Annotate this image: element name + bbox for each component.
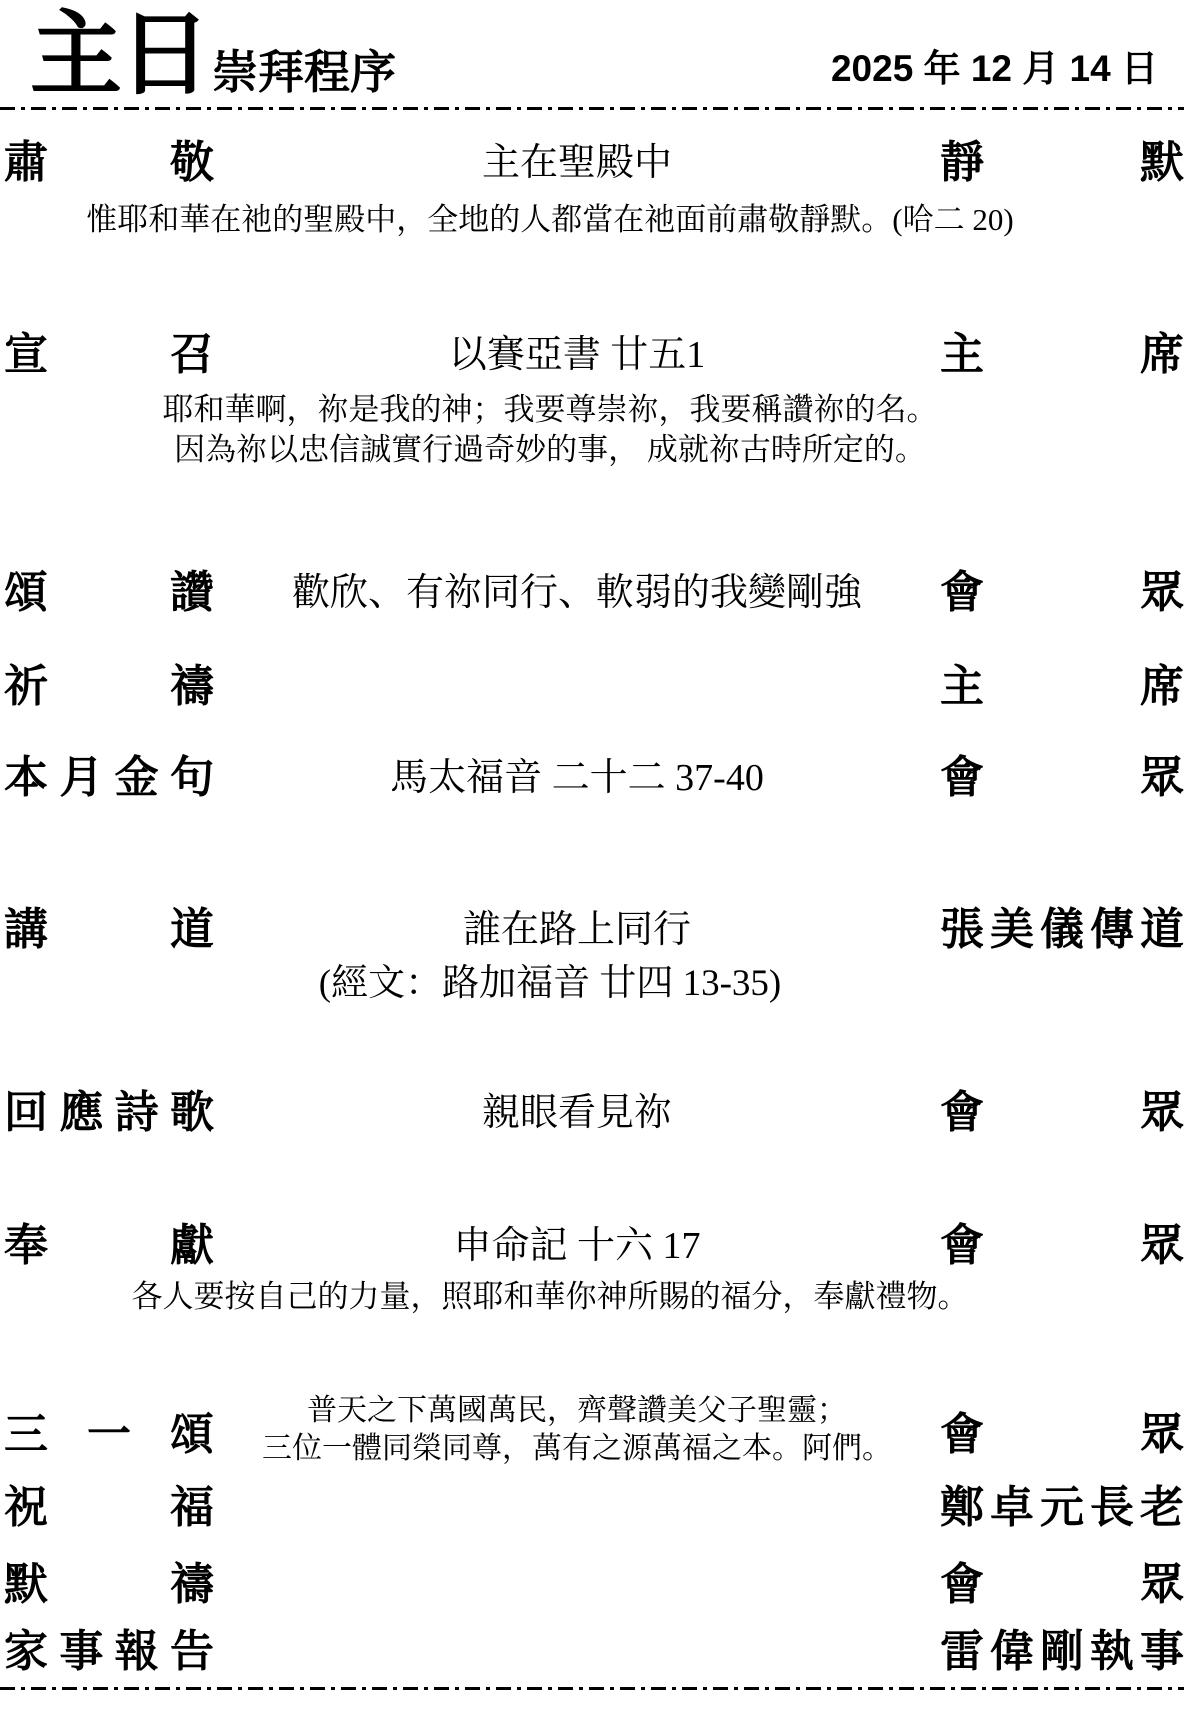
- program-row: 肅敬 主在聖殿中 靜默: [4, 130, 1184, 186]
- program-item-label: 肅敬: [4, 126, 214, 190]
- program-row: 三一頌 普天之下萬國萬民，齊聲讚美父子聖靈； 三位一體同榮同尊，萬有之源萬福之本…: [4, 1388, 1184, 1472]
- program-item-content: 誰在路上同行: [214, 898, 940, 953]
- program-row: 奉獻 申命記 十六 17 會眾: [4, 1213, 1184, 1269]
- program-item-assignee: 靜默: [940, 126, 1184, 190]
- program-item-assignee: 張美儀傳道: [940, 893, 1184, 957]
- worship-order-page: 主日 崇拜程序 2025 年 12 月 14 日 肅敬 主在聖殿中 靜默 惟耶和…: [0, 0, 1184, 1714]
- program-item-assignee: 會眾: [940, 1076, 1184, 1140]
- program-item-label: 祝福: [4, 1471, 214, 1535]
- program-item-assignee: 會眾: [940, 1548, 1184, 1612]
- program-item-label: 頌讚: [4, 556, 214, 620]
- program-row: 祝福 鄭卓元長老: [4, 1475, 1184, 1531]
- program-item-content: 申命記 十六 17: [214, 1214, 940, 1269]
- program-row: 家事報告 雷偉剛執事: [4, 1619, 1184, 1675]
- program-item-assignee: 主席: [940, 650, 1184, 714]
- divider-bottom: [0, 1687, 1184, 1690]
- program-row: 祈禱 主席: [4, 654, 1184, 710]
- program-item-label: 家事報告: [4, 1615, 214, 1679]
- program-item-label: 本月金句: [4, 741, 214, 805]
- scripture-line: 因為祢以忠信誠實行過奇妙的事， 成就祢古時所定的。: [0, 430, 1100, 470]
- doxology-line: 普天之下萬國萬民，齊聲讚美父子聖靈；: [214, 1392, 940, 1430]
- doxology-line: 三位一體同榮同尊，萬有之源萬福之本。阿們。: [214, 1430, 940, 1468]
- scripture-note: 耶和華啊，祢是我的神；我要尊崇祢，我要稱讚祢的名。 因為祢以忠信誠實行過奇妙的事…: [0, 390, 1100, 470]
- scripture-note: 惟耶和華在祂的聖殿中，全地的人都當在祂面前肅敬靜默。(哈二 20): [0, 200, 1100, 240]
- program-item-assignee: 會眾: [940, 1398, 1184, 1462]
- program-row: 宣召 以賽亞書 廿五1 主席: [4, 322, 1184, 378]
- program-row: 回應詩歌 親眼看見祢 會眾: [4, 1080, 1184, 1136]
- program-item-content: 歡欣、有祢同行、軟弱的我變剛強: [214, 561, 940, 616]
- program-row: 默禱 會眾: [4, 1552, 1184, 1608]
- scripture-note: 各人要按自己的力量，照耶和華你神所賜的福分，奉獻禮物。: [0, 1277, 1100, 1317]
- program-item-assignee: 主席: [940, 318, 1184, 382]
- program-item-content: 馬太福音 二十二 37-40: [214, 746, 940, 801]
- program-item-assignee: 會眾: [940, 1209, 1184, 1273]
- program-item-assignee: 會眾: [940, 556, 1184, 620]
- service-date: 2025 年 12 月 14 日: [831, 46, 1158, 92]
- program-row: 本月金句 馬太福音 二十二 37-40 會眾: [4, 745, 1184, 801]
- program-item-content: 親眼看見祢: [214, 1081, 940, 1136]
- program-item-assignee: 鄭卓元長老: [940, 1471, 1184, 1535]
- page-title: 主日 崇拜程序: [30, 8, 396, 102]
- sermon-scripture-note: (經文：路加福音 廿四 13-35): [0, 964, 1100, 1004]
- divider-top: [0, 107, 1184, 110]
- program-item-assignee: 雷偉剛執事: [940, 1615, 1184, 1679]
- scripture-line: 耶和華啊，祢是我的神；我要尊崇祢，我要稱讚祢的名。: [0, 390, 1100, 430]
- program-item-content: 以賽亞書 廿五1: [214, 323, 940, 378]
- program-item-label: 三一頌: [4, 1398, 214, 1462]
- program-item-content: 普天之下萬國萬民，齊聲讚美父子聖靈； 三位一體同榮同尊，萬有之源萬福之本。阿們。: [214, 1392, 940, 1468]
- program-item-assignee: 會眾: [940, 741, 1184, 805]
- program-item-label: 奉獻: [4, 1209, 214, 1273]
- program-item-label: 講道: [4, 893, 214, 957]
- program-item-label: 宣召: [4, 318, 214, 382]
- program-item-label: 回應詩歌: [4, 1076, 214, 1140]
- title-sub: 崇拜程序: [212, 42, 396, 102]
- program-item-label: 祈禱: [4, 650, 214, 714]
- program-row: 講道 誰在路上同行 張美儀傳道: [4, 897, 1184, 953]
- program-item-content: 主在聖殿中: [214, 131, 940, 186]
- program-item-label: 默禱: [4, 1548, 214, 1612]
- program-row: 頌讚 歡欣、有祢同行、軟弱的我變剛強 會眾: [4, 560, 1184, 616]
- title-main: 主日: [30, 8, 208, 102]
- page-header: 主日 崇拜程序 2025 年 12 月 14 日: [30, 4, 1158, 102]
